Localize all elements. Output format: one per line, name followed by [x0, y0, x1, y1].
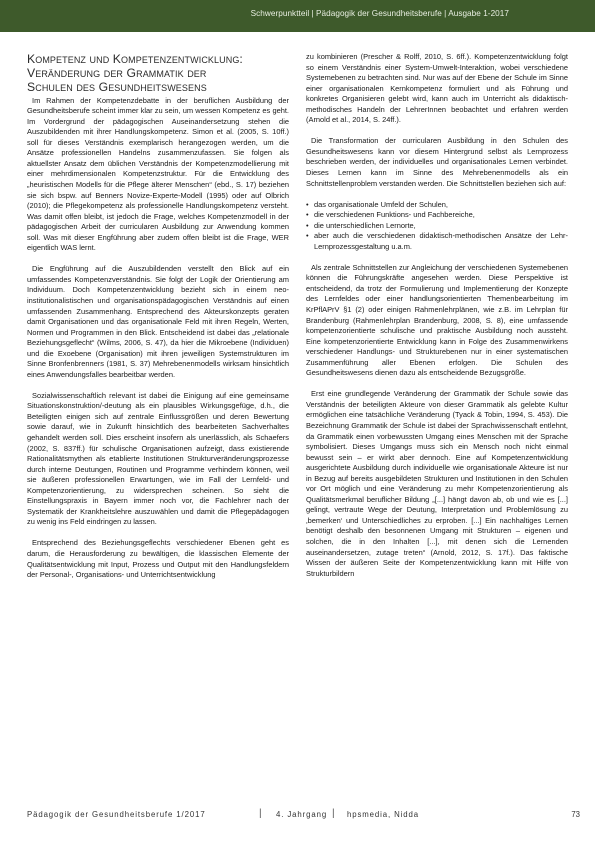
list-item: die unterschiedlichen Lernorte,	[306, 221, 568, 232]
body-paragraph: Im Rahmen der Kompetenzdebatte in der be…	[27, 96, 289, 254]
body-paragraph: Sozialwissenschaftlich relevant ist dabe…	[27, 391, 289, 528]
page-number: 73	[571, 810, 580, 819]
list-item: die verschiedenen Funktions- und Fachber…	[306, 210, 568, 221]
footer-separator: |	[259, 808, 262, 819]
running-title: Schwerpunktteil | Pädagogik der Gesundhe…	[251, 9, 509, 18]
list-item: das organisationale Umfeld der Schulen,	[306, 200, 568, 211]
title-line: Kompetenz und Kompetenzentwicklung:	[27, 52, 243, 66]
footer-separator: |	[332, 808, 335, 819]
body-paragraph: Erst eine grundlegende Veränderung der G…	[306, 389, 568, 579]
page-footer: Pädagogik der Gesundheitsberufe 1/2017 |…	[27, 810, 580, 824]
left-column: Kompetenz und Kompetenzentwicklung: Verä…	[27, 44, 289, 581]
body-paragraph: Die Engführung auf die Auszubildenden ve…	[27, 264, 289, 380]
body-paragraph: Entsprechend des Beziehungsgeflechts ver…	[27, 538, 289, 580]
header-bar: Schwerpunktteil | Pädagogik der Gesundhe…	[0, 0, 595, 32]
body-paragraph: Die Transformation der curricularen Ausb…	[306, 136, 568, 189]
footer-journal: Pädagogik der Gesundheitsberufe 1/2017	[27, 810, 206, 819]
body-paragraph: Als zentrale Schnittstellen zur Angleich…	[306, 263, 568, 379]
interface-list: das organisationale Umfeld der Schulen, …	[306, 200, 568, 253]
footer-volume: 4. Jahrgang	[276, 810, 327, 819]
right-column: zu kombinieren (Prescher & Rolff, 2010, …	[306, 52, 568, 579]
article-title: Kompetenz und Kompetenzentwicklung: Verä…	[27, 52, 289, 95]
title-line: Schulen des Gesundheitswesens	[27, 80, 207, 94]
footer-publisher: hpsmedia, Nidda	[347, 810, 419, 819]
body-paragraph: zu kombinieren (Prescher & Rolff, 2010, …	[306, 52, 568, 126]
list-item: aber auch die verschiedenen didaktisch-m…	[306, 231, 568, 252]
title-line: Veränderung der Grammatik der	[27, 66, 207, 80]
